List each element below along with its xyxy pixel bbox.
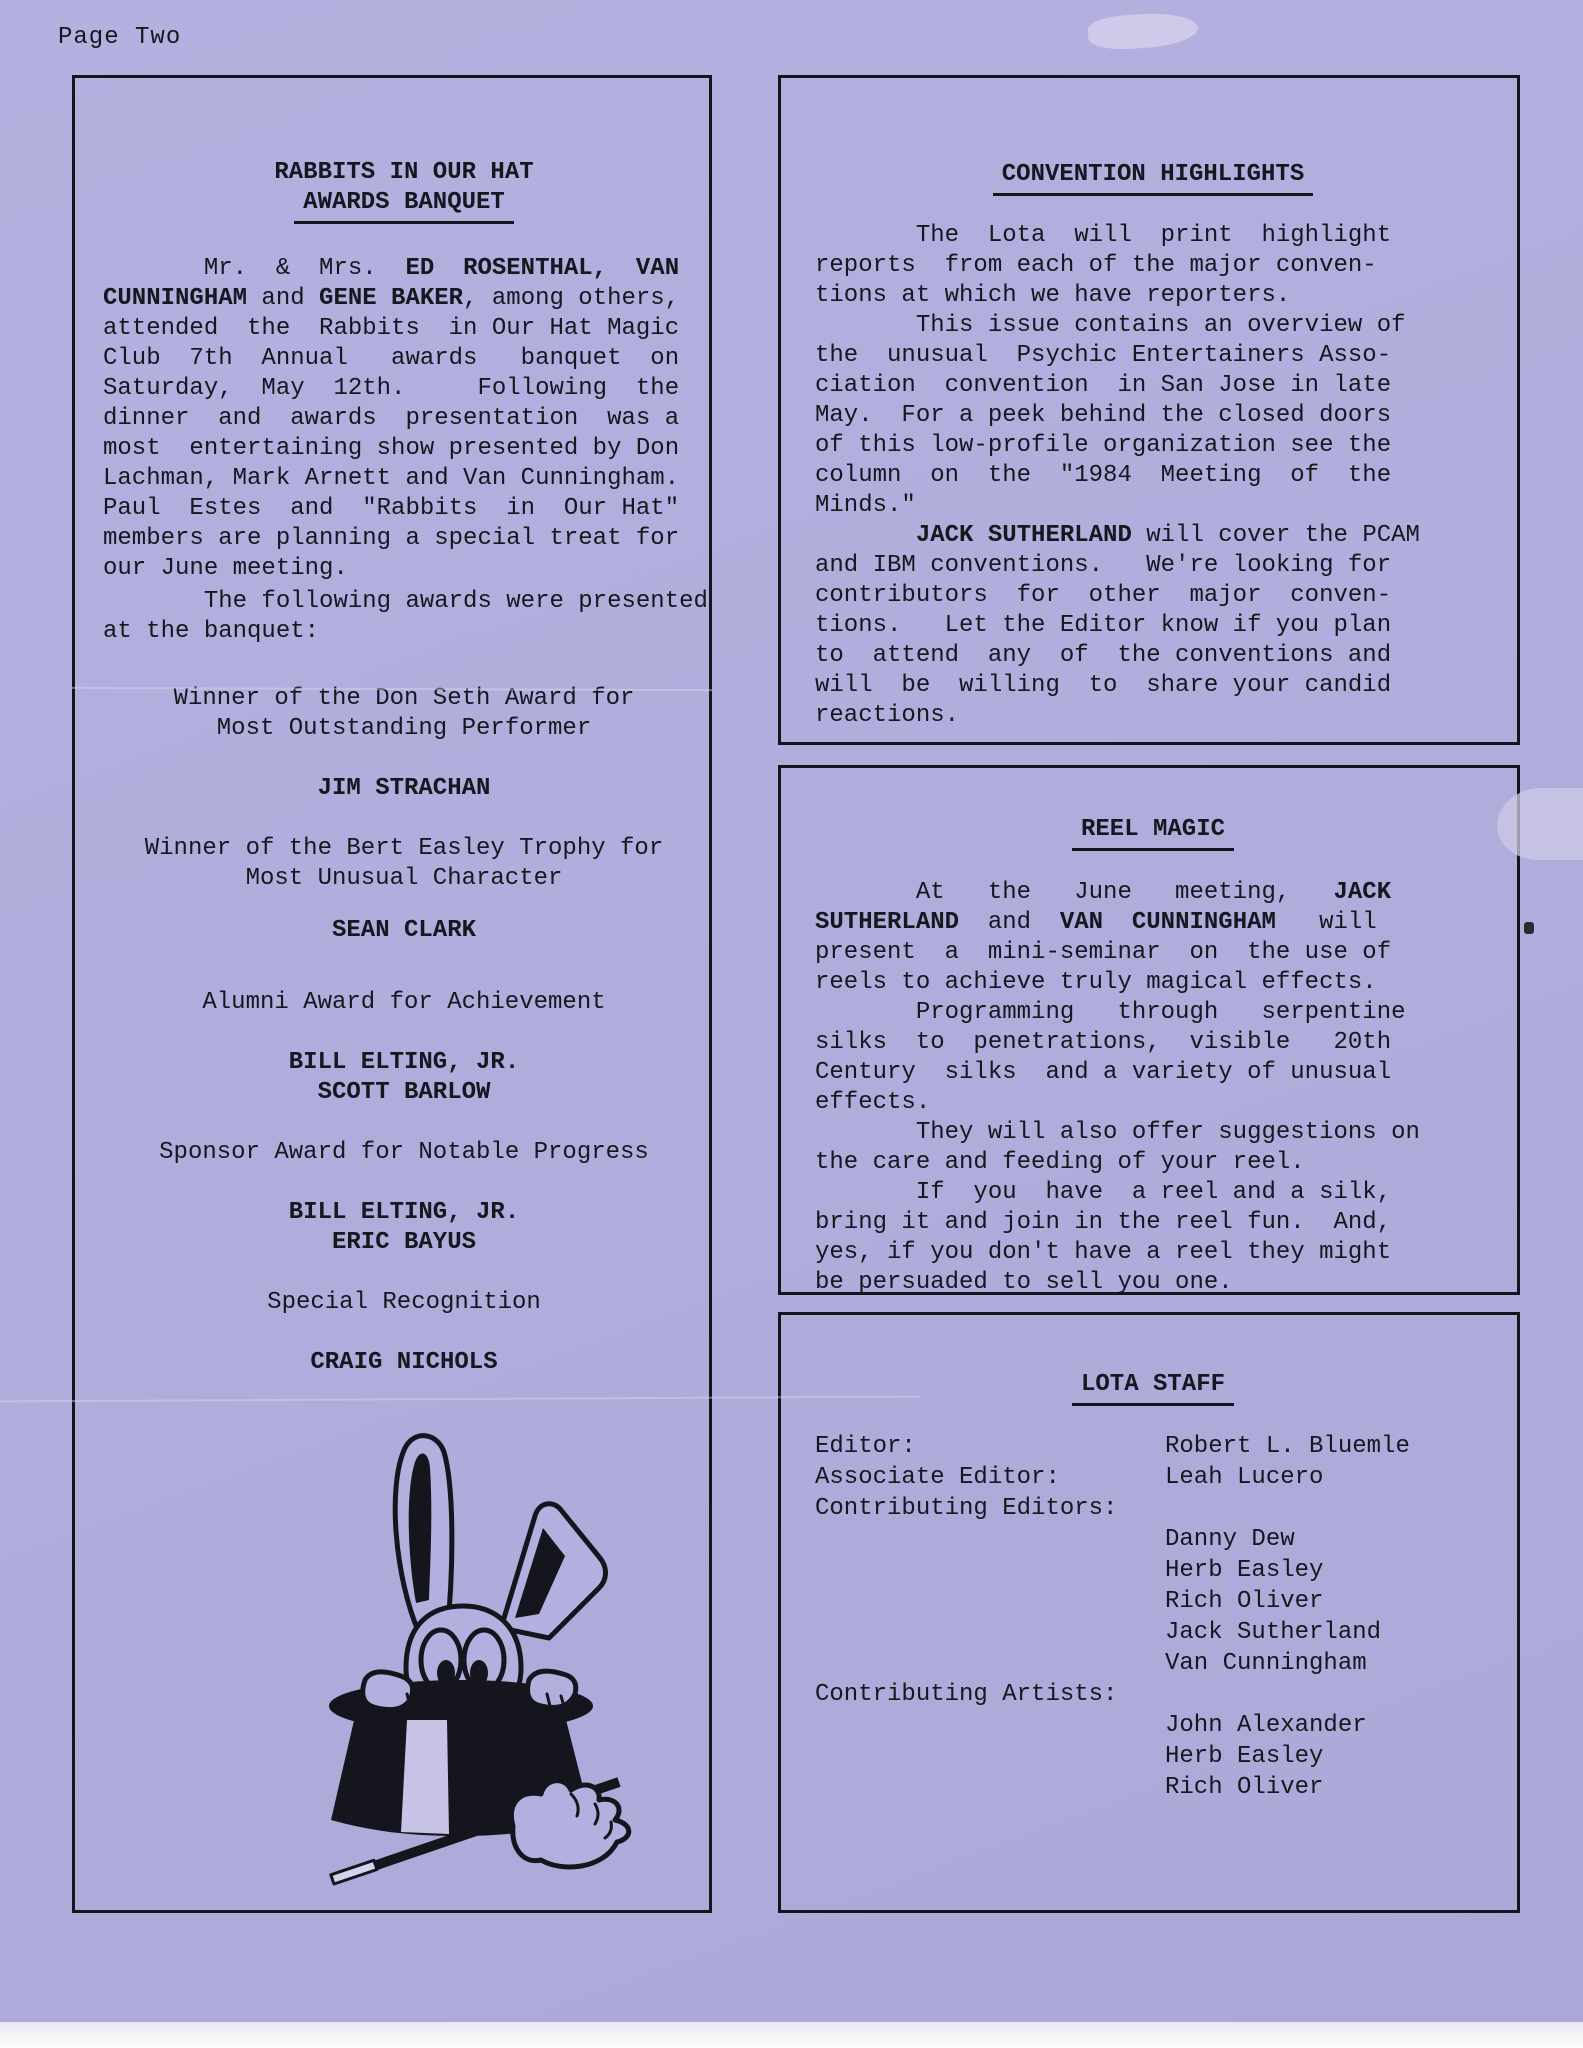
- convention-paragraph-b: and IBM conventions. We're looking for c…: [815, 551, 1491, 731]
- staff-row: Associate Editor:Leah Lucero: [815, 1462, 1491, 1493]
- rabbit-in-top-hat-illustration: [303, 1428, 633, 1898]
- awards-intro-paragraph: The following awards were presented at t…: [103, 587, 705, 647]
- awards-list: Winner of the Don Seth Award for Most Ou…: [103, 684, 705, 1378]
- award-winner: BILL ELTING, JR. ERIC BAYUS: [103, 1198, 705, 1258]
- banquet-line: Mr. & Mrs. ED ROSENTHAL, VAN: [103, 254, 705, 284]
- banquet-line: CUNNINGHAM and GENE BAKER, among others,: [103, 284, 705, 314]
- staff-list: Editor:Robert L. Bluemle Associate Edito…: [815, 1431, 1491, 1803]
- award-winner: BILL ELTING, JR. SCOTT BARLOW: [103, 1048, 705, 1108]
- awards-banquet-title: RABBITS IN OUR HAT AWARDS BANQUET: [103, 158, 705, 224]
- award-title: Special Recognition: [103, 1288, 705, 1318]
- ink-spot: [1524, 922, 1534, 934]
- awards-banquet-section: RABBITS IN OUR HAT AWARDS BANQUET Mr. & …: [72, 75, 712, 1913]
- paper-tear: [1087, 10, 1199, 52]
- award-winner: JIM STRACHAN: [103, 774, 705, 804]
- reel-magic-section: REEL MAGIC At the June meeting, JACK SUT…: [778, 765, 1520, 1295]
- convention-line: JACK SUTHERLAND will cover the PCAM: [815, 521, 1491, 551]
- reel-magic-text: At the June meeting, JACK SUTHERLAND and…: [815, 878, 1491, 1298]
- banquet-paragraph: Mr. & Mrs. ED ROSENTHAL, VAN CUNNINGHAM …: [103, 254, 705, 584]
- staff-row: Editor:Robert L. Bluemle: [815, 1431, 1491, 1462]
- staff-row: John Alexander: [815, 1710, 1491, 1741]
- staff-row: Rich Oliver: [815, 1586, 1491, 1617]
- reel-paragraph-rest: present a mini-seminar on the use of ree…: [815, 938, 1491, 1298]
- lota-staff-section: LOTA STAFF Editor:Robert L. Bluemle Asso…: [778, 1312, 1520, 1913]
- staff-row: Herb Easley: [815, 1555, 1491, 1586]
- award-winner: CRAIG NICHOLS: [103, 1348, 705, 1378]
- banquet-paragraph-rest: attended the Rabbits in Our Hat Magic Cl…: [103, 314, 705, 584]
- award-title: Winner of the Bert Easley Trophy for Mos…: [103, 834, 705, 894]
- staff-row: Contributing Artists:: [815, 1679, 1491, 1710]
- rabbit-in-top-hat-icon: [303, 1428, 633, 1898]
- staff-row: Jack Sutherland: [815, 1617, 1491, 1648]
- lota-staff-title: LOTA STAFF: [1072, 1370, 1234, 1406]
- staff-row: Rich Oliver: [815, 1772, 1491, 1803]
- staff-row: Danny Dew: [815, 1524, 1491, 1555]
- award-title: Sponsor Award for Notable Progress: [103, 1138, 705, 1168]
- award-title: Alumni Award for Achievement: [103, 988, 705, 1018]
- reel-line: At the June meeting, JACK: [815, 878, 1491, 908]
- staff-row: Herb Easley: [815, 1741, 1491, 1772]
- award-title: Winner of the Don Seth Award for Most Ou…: [103, 684, 705, 744]
- scan-edge: [0, 2022, 1583, 2048]
- award-winner: SEAN CLARK: [103, 916, 705, 946]
- awards-banquet-title-line1: RABBITS IN OUR HAT: [103, 158, 705, 188]
- awards-banquet-title-line2: AWARDS BANQUET: [294, 188, 514, 224]
- convention-highlights-section: CONVENTION HIGHLIGHTS The Lota will prin…: [778, 75, 1520, 745]
- convention-highlights-text: The Lota will print highlight reports fr…: [815, 221, 1491, 731]
- staff-row: Van Cunningham: [815, 1648, 1491, 1679]
- reel-line: SUTHERLAND and VAN CUNNINGHAM will: [815, 908, 1491, 938]
- page-number-label: Page Two: [58, 24, 181, 51]
- staff-row: Contributing Editors:: [815, 1493, 1491, 1524]
- convention-highlights-title: CONVENTION HIGHLIGHTS: [993, 160, 1313, 196]
- reel-magic-title: REEL MAGIC: [1072, 815, 1234, 851]
- convention-paragraph-a: The Lota will print highlight reports fr…: [815, 221, 1491, 521]
